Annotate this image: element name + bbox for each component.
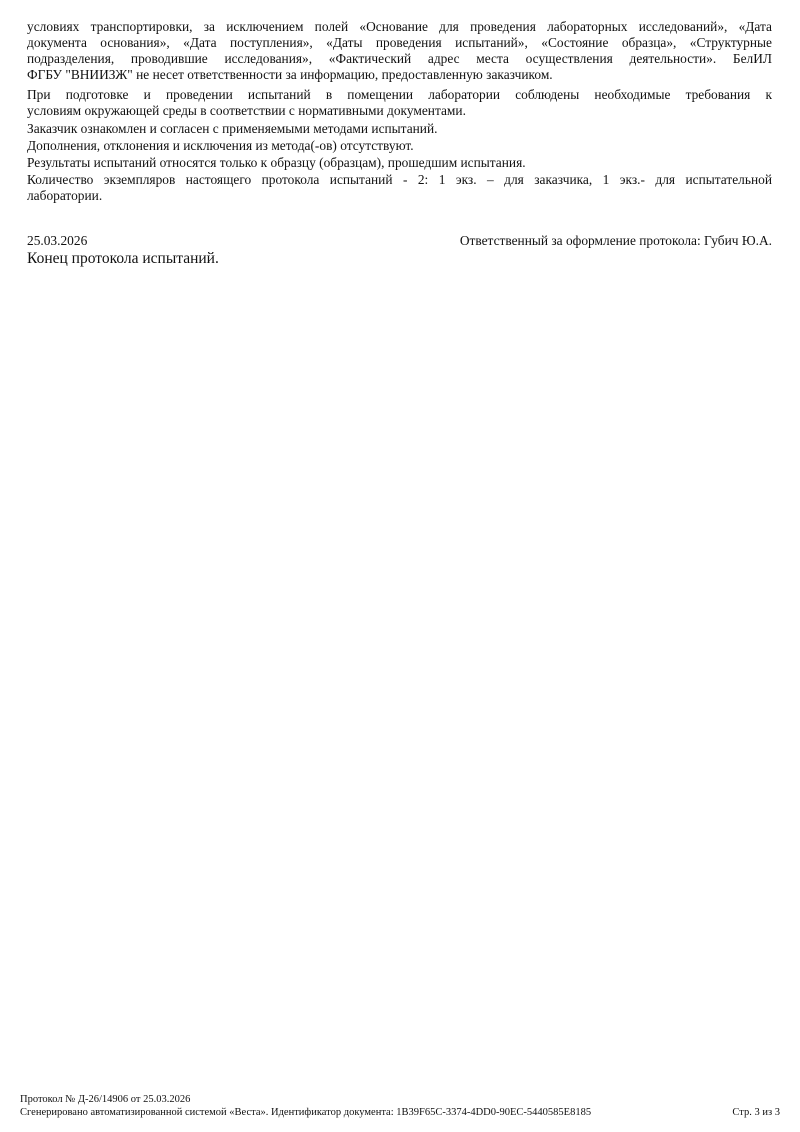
paragraph-environment: При подготовке и проведении испытаний в … [27, 87, 772, 119]
paragraph-copies: Количество экземпляров настоящего проток… [27, 172, 772, 204]
paragraph-results: Результаты испытаний относятся только к … [27, 155, 772, 171]
footer-generated-info: Сгенерировано автоматизированной системо… [20, 1107, 591, 1118]
text-line: При подготовке и проведении испытаний в … [27, 87, 772, 103]
text-line: Заказчик ознакомлен и согласен с применя… [27, 121, 772, 137]
footer-bar: Сгенерировано автоматизированной системо… [20, 1107, 780, 1118]
signature-responsible: Ответственный за оформление протокола: Г… [460, 233, 772, 249]
paragraph-disclaimer: условиях транспортировки, за исключением… [27, 19, 772, 83]
footer-page-number: Стр. 3 из 3 [732, 1107, 780, 1118]
text-line: лаборатории. [27, 188, 772, 204]
paragraph-methods: Заказчик ознакомлен и согласен с применя… [27, 121, 772, 137]
text-line: подразделения, проводившие исследования»… [27, 51, 772, 67]
text-line: условиям окружающей среды в соответствии… [27, 103, 772, 119]
end-of-protocol: Конец протокола испытаний. [27, 250, 219, 268]
footer-protocol-number: Протокол № Д-26/14906 от 25.03.2026 [20, 1094, 780, 1105]
text-line: Результаты испытаний относятся только к … [27, 155, 772, 171]
text-line: ФГБУ "ВНИИЗЖ" не несет ответственности з… [27, 67, 772, 83]
paragraph-deviations: Дополнения, отклонения и исключения из м… [27, 138, 772, 154]
text-line: Количество экземпляров настоящего проток… [27, 172, 772, 188]
text-line: Дополнения, отклонения и исключения из м… [27, 138, 772, 154]
text-line: условиях транспортировки, за исключением… [27, 19, 772, 35]
text-line: документа основания», «Дата поступления»… [27, 35, 772, 51]
signature-date: 25.03.2026 [27, 233, 87, 249]
